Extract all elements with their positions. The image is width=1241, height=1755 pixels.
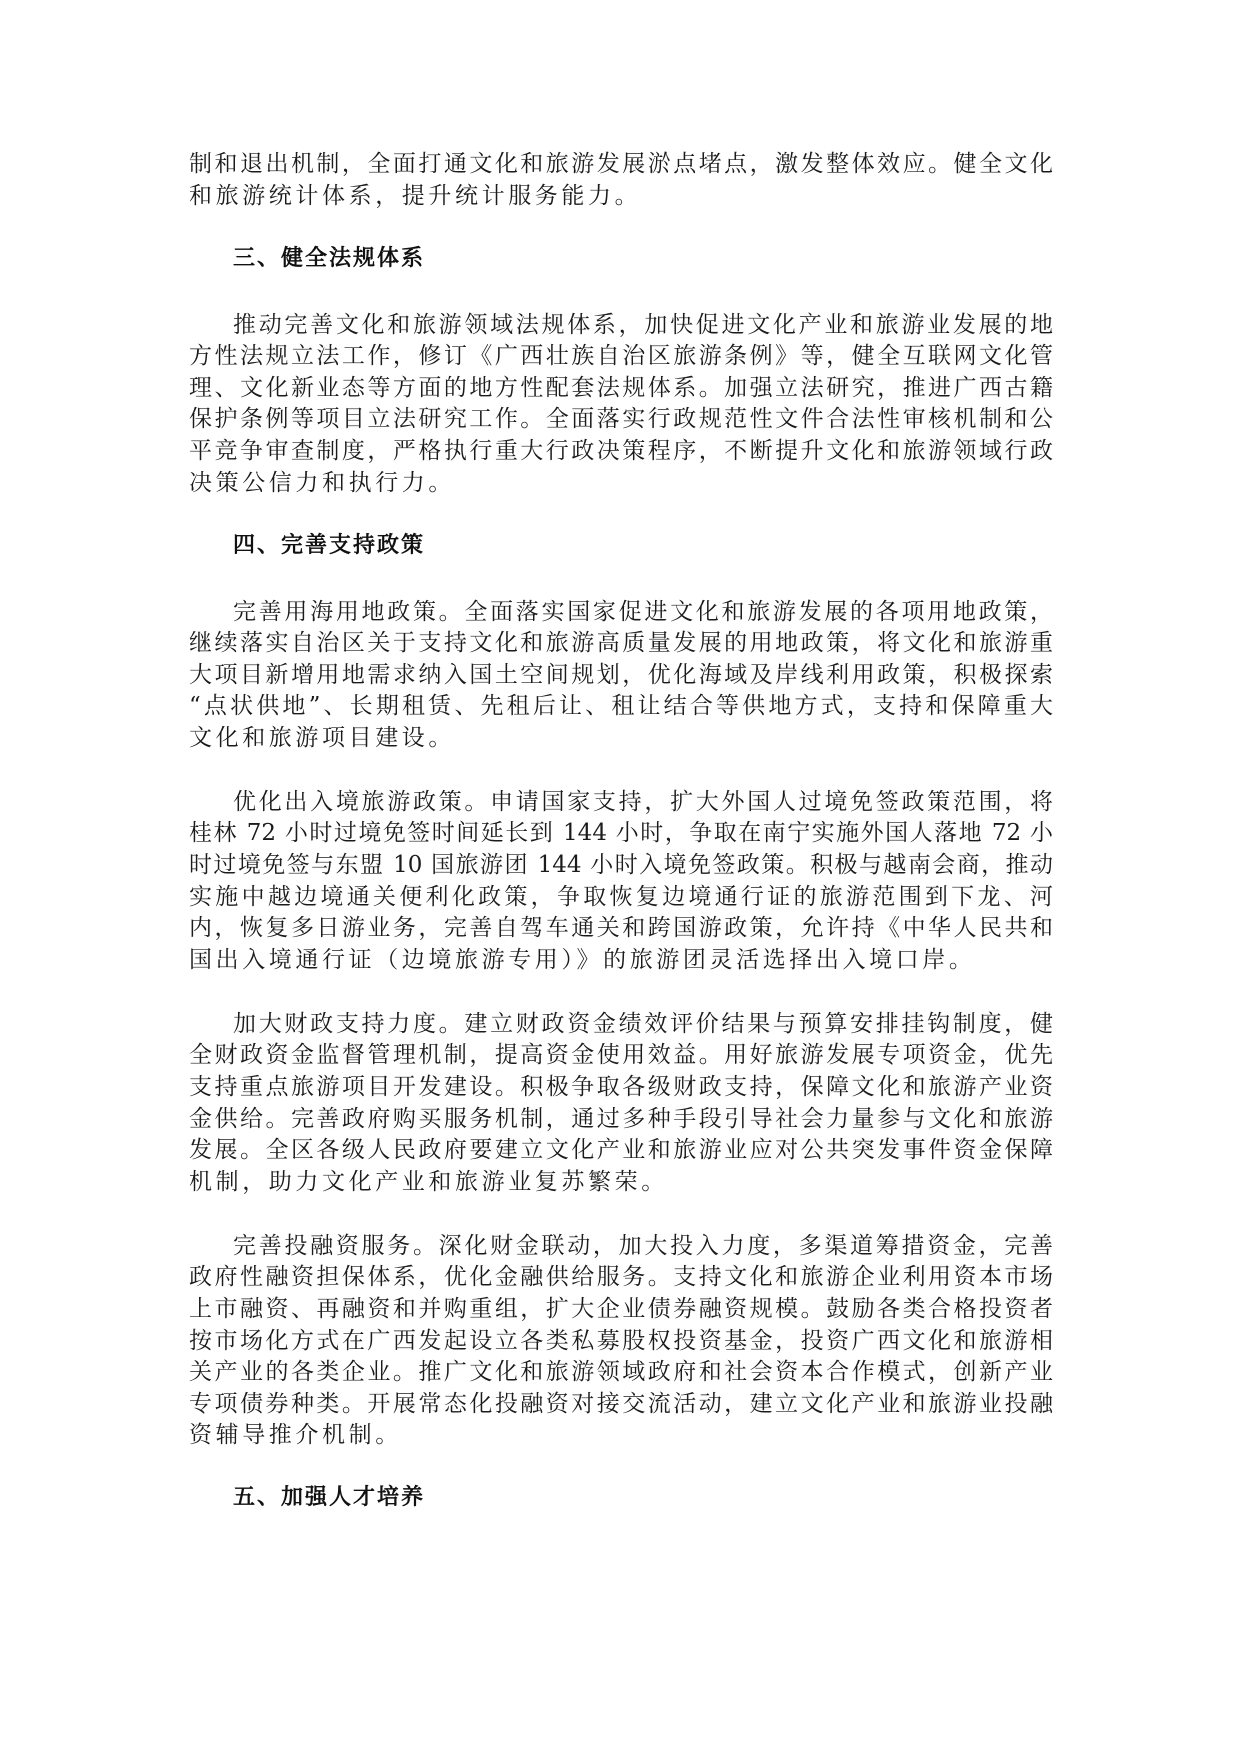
text-line: 按市场化方式在广西发起设立各类私募股权投资基金，投资广西文化和旅游相	[189, 1326, 1053, 1358]
heading-text: 五、加强人才培养	[189, 1482, 1053, 1514]
text-line: 优化出入境旅游政策。申请国家支持，扩大外国人过境免签政策范围，将	[189, 787, 1053, 819]
text-line: 继续落实自治区关于支持文化和旅游高质量发展的用地政策，将文化和旅游重	[189, 628, 1053, 660]
text-line: 资辅导推介机制。	[189, 1420, 1053, 1452]
text-line: 金供给。完善政府购买服务机制，通过多种手段引导社会力量参与文化和旅游	[189, 1104, 1053, 1136]
text-line: 全财政资金监督管理机制，提高资金使用效益。用好旅游发展专项资金，优先	[189, 1040, 1053, 1072]
text-line: 完善用海用地政策。全面落实国家促进文化和旅游发展的各项用地政策，	[189, 597, 1053, 629]
text-line: 保护条例等项目立法研究工作。全面落实行政规范性文件合法性审核机制和公	[189, 404, 1053, 436]
text-line: 平竞争审查制度，严格执行重大行政决策程序，不断提升文化和旅游领域行政	[189, 436, 1053, 468]
text-line: 决策公信力和执行力。	[189, 468, 1053, 500]
heading-text: 四、完善支持政策	[189, 530, 1053, 562]
text-line: 内，恢复多日游业务，完善自驾车通关和跨国游政策，允许持《中华人民共和	[189, 913, 1053, 945]
section-heading-support-policy: 四、完善支持政策	[189, 530, 1053, 562]
text-line: “点状供地”、长期租赁、先租后让、租让结合等供地方式，支持和保障重大	[189, 691, 1053, 723]
text-line: 大项目新增用地需求纳入国土空间规划，优化海域及岸线利用政策，积极探索	[189, 660, 1053, 692]
text-line: 机制，助力文化产业和旅游业复苏繁荣。	[189, 1167, 1053, 1199]
document-page: 制和退出机制，全面打通文化和旅游发展淤点堵点，激发整体效应。健全文化 和旅游统计…	[189, 149, 1053, 1514]
paragraph-statistics-system: 制和退出机制，全面打通文化和旅游发展淤点堵点，激发整体效应。健全文化 和旅游统计…	[189, 149, 1053, 212]
text-line: 和旅游统计体系，提升统计服务能力。	[189, 181, 1053, 213]
text-line: 实施中越边境通关便利化政策，争取恢复边境通行证的旅游范围到下龙、河	[189, 882, 1053, 914]
text-line: 桂林 72 小时过境免签时间延长到 144 小时，争取在南宁实施外国人落地 72…	[189, 818, 1053, 850]
paragraph-fiscal-support: 加大财政支持力度。建立财政资金绩效评价结果与预算安排挂钩制度，健 全财政资金监督…	[189, 1009, 1053, 1199]
paragraph-investment-financing: 完善投融资服务。深化财金联动，加大投入力度，多渠道筹措资金，完善 政府性融资担保…	[189, 1231, 1053, 1452]
text-line: 发展。全区各级人民政府要建立文化产业和旅游业应对公共突发事件资金保障	[189, 1135, 1053, 1167]
text-line: 专项债券种类。开展常态化投融资对接交流活动，建立文化产业和旅游业投融	[189, 1389, 1053, 1421]
paragraph-border-travel-policy: 优化出入境旅游政策。申请国家支持，扩大外国人过境免签政策范围，将 桂林 72 小…	[189, 787, 1053, 977]
text-line: 政府性融资担保体系，优化金融供给服务。支持文化和旅游企业利用资本市场	[189, 1262, 1053, 1294]
text-line: 时过境免签与东盟 10 国旅游团 144 小时入境免签政策。积极与越南会商，推动	[189, 850, 1053, 882]
text-line: 国出入境通行证（边境旅游专用）》的旅游团灵活选择出入境口岸。	[189, 945, 1053, 977]
text-line: 推动完善文化和旅游领域法规体系，加快促进文化产业和旅游业发展的地	[189, 310, 1053, 342]
text-line: 加大财政支持力度。建立财政资金绩效评价结果与预算安排挂钩制度，健	[189, 1009, 1053, 1041]
text-line: 文化和旅游项目建设。	[189, 723, 1053, 755]
text-line: 制和退出机制，全面打通文化和旅游发展淤点堵点，激发整体效应。健全文化	[189, 149, 1053, 181]
paragraph-legal-system: 推动完善文化和旅游领域法规体系，加快促进文化产业和旅游业发展的地 方性法规立法工…	[189, 310, 1053, 500]
text-line: 方性法规立法工作，修订《广西壮族自治区旅游条例》等，健全互联网文化管	[189, 341, 1053, 373]
text-line: 理、文化新业态等方面的地方性配套法规体系。加强立法研究，推进广西古籍	[189, 373, 1053, 405]
text-line: 支持重点旅游项目开发建设。积极争取各级财政支持，保障文化和旅游产业资	[189, 1072, 1053, 1104]
text-line: 上市融资、再融资和并购重组，扩大企业债券融资规模。鼓励各类合格投资者	[189, 1294, 1053, 1326]
text-line: 关产业的各类企业。推广文化和旅游领域政府和社会资本合作模式，创新产业	[189, 1357, 1053, 1389]
heading-text: 三、健全法规体系	[189, 243, 1053, 275]
section-heading-talent-cultivation: 五、加强人才培养	[189, 1482, 1053, 1514]
section-heading-legal-system: 三、健全法规体系	[189, 243, 1053, 275]
paragraph-land-sea-policy: 完善用海用地政策。全面落实国家促进文化和旅游发展的各项用地政策， 继续落实自治区…	[189, 597, 1053, 755]
text-line: 完善投融资服务。深化财金联动，加大投入力度，多渠道筹措资金，完善	[189, 1231, 1053, 1263]
